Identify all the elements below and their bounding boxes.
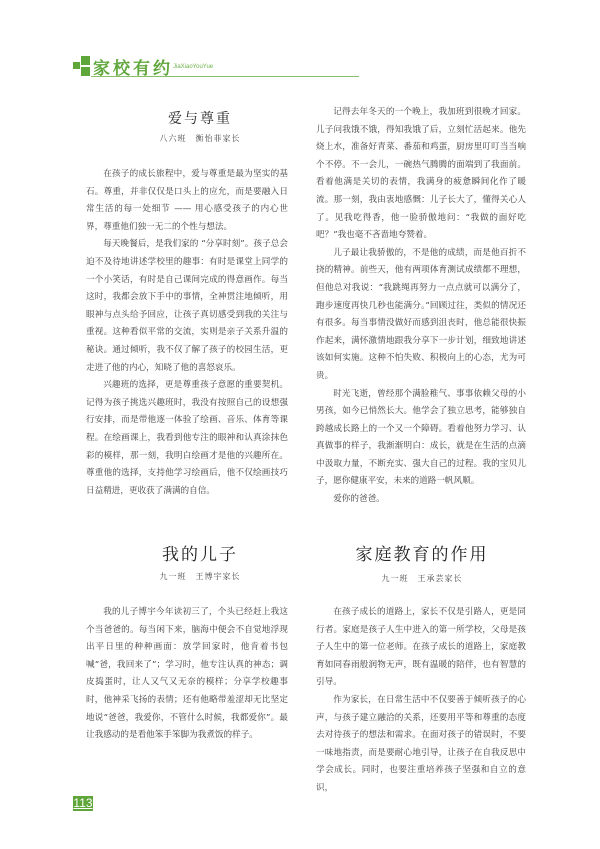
article-body: 我的儿子博宇今年读初三了，个头已经赶上我这个当爸爸的。每当闲下来，脑海中便会不自… (86, 604, 288, 745)
paragraph: 在孩子成长的道路上，家长不仅是引路人，更是同行者。家庭是孩子人生中进入的第一所学… (316, 604, 526, 692)
article-body: 在孩子成长的道路上，家长不仅是引路人，更是同行者。家庭是孩子人生中进入的第一所学… (316, 604, 526, 798)
paragraph: 时光飞逝，曾经那个满脸稚气、事事依赖父母的小男孩，如今已悄然长大。他学会了独立思… (316, 386, 526, 492)
article-body-continued: 记得去年冬天的一个晚上，我加班到很晚才回家。儿子问我饿不饿，得知我饿了后，立刻忙… (316, 104, 526, 509)
paragraph: 在孩子的成长旅程中，爱与尊重是最为坚实的基石。尊重，并非仅仅是口头上的应允，而是… (86, 166, 288, 236)
paragraph: 兴趣班的选择，更是尊重孩子意愿的重要契机。记得为孩子挑选兴趣班时，我没有按照自己… (86, 377, 288, 500)
article-title: 爱与尊重 (90, 108, 310, 128)
article-byline: 九一班 王承芸家长 (316, 573, 528, 584)
paragraph: 作为家长，在日常生活中不仅要善于倾听孩子的心声，与孩子建立融洽的关系，还要用平等… (316, 692, 526, 798)
article-byline: 九一班 王博宇家长 (90, 571, 310, 582)
paragraph: 每天晚餐后，是我们家的 “分享时刻”。孩子总会迫不及待地讲述学校里的趣事：有时是… (86, 236, 288, 377)
logo-squares-icon (73, 56, 91, 76)
section-subtitle: JiaXiaoYouYue (173, 64, 213, 70)
header-rule (91, 76, 359, 77)
paragraph: 儿子最让我骄傲的，不是他的成绩，而是他百折不挠的精神。前些天，他有两项体育测试成… (316, 245, 526, 386)
article-title: 家庭教育的作用 (316, 540, 528, 565)
article-byline: 八六班 衡怡菲家长 (90, 133, 310, 144)
article-body: 在孩子的成长旅程中，爱与尊重是最为坚实的基石。尊重，并非仅仅是口头上的应允，而是… (86, 166, 288, 500)
paragraph: 我的儿子博宇今年读初三了，个头已经赶上我这个当爸爸的。每当闲下来，脑海中便会不自… (86, 604, 288, 745)
article-title: 我的儿子 (90, 540, 310, 565)
paragraph: 记得去年冬天的一个晚上，我加班到很晚才回家。儿子问我饿不饿，得知我饿了后，立刻忙… (316, 104, 526, 245)
signature: 爱你的爸爸。 (316, 491, 526, 509)
page-number: 113 (73, 796, 93, 811)
